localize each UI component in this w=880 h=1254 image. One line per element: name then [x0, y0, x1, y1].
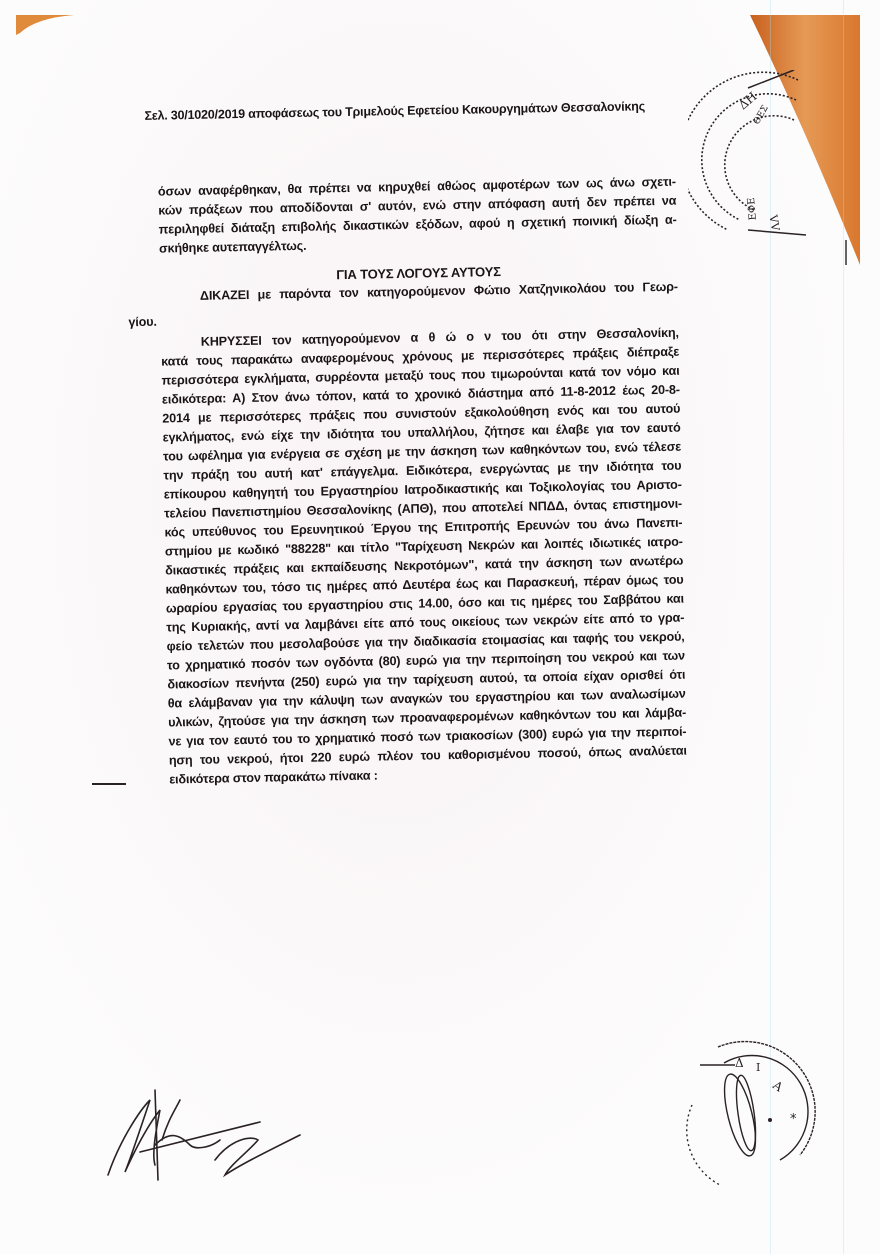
svg-text:ΘΕΣ: ΘΕΣ	[752, 104, 771, 127]
svg-text:ΛΛ: ΛΛ	[767, 213, 783, 233]
judgment-paragraph: ΔΙΚΑΖΕΙ με παρόντα τον κατηγορούμενον Φώ…	[160, 278, 679, 332]
svg-text:*: *	[790, 1112, 797, 1127]
intro-paragraph: όσων αναφέρθηκαν, θα πρέπει να κηρυχθεί …	[158, 173, 677, 259]
document-body: όσων αναφέρθηκαν, θα πρέπει να κηρυχθεί …	[158, 173, 688, 790]
page-header: Σελ. 30/1020/2019 αποφάσεως του Τριμελού…	[144, 99, 664, 123]
declaration-paragraph: ΚΗΡΥΣΣΕΙ τον κατηγορούμενον α θ ώ ο ν το…	[161, 324, 688, 790]
margin-dash-mark	[92, 783, 126, 785]
court-seal-stamp-icon: ΔΗ ΘΕΣ ΕΦΕ ΛΛ	[688, 70, 808, 240]
svg-text:Ι: Ι	[756, 1061, 760, 1074]
svg-text:ΔΗ: ΔΗ	[736, 89, 760, 112]
handwritten-signature	[100, 1080, 310, 1190]
svg-text:ΕΦΕ: ΕΦΕ	[746, 197, 759, 221]
svg-text:Δ: Δ	[735, 1056, 744, 1070]
court-seal-stamp-icon: Δ Ι Α *	[680, 1035, 830, 1195]
svg-text:Α: Α	[769, 1077, 785, 1094]
